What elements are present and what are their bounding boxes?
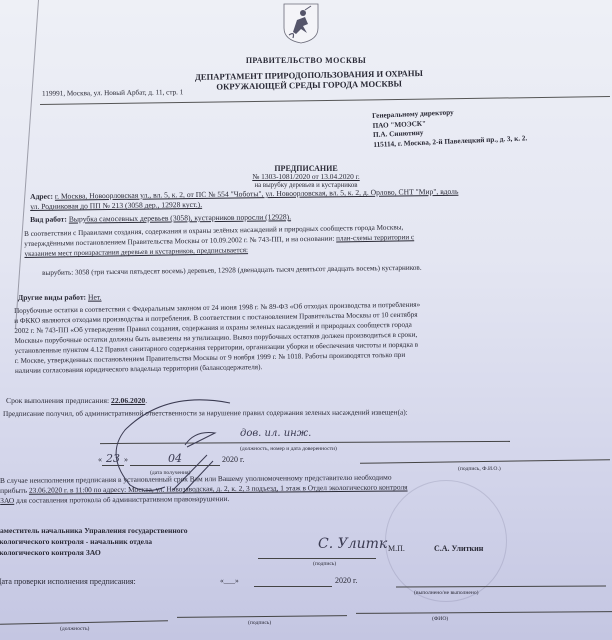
seal-mark: М.П. <box>388 544 405 553</box>
work-type-label: Вид работ: <box>30 215 67 224</box>
sender-address: 119991, Москва, ул. Новый Арбат, д. 11, … <box>42 88 183 97</box>
recipient-block: Генеральному директору ПАО "МОЭСК" П.А. … <box>372 105 527 150</box>
basis-plan-link: план-схемы территории с <box>336 233 414 242</box>
order-number-text: № 1303-1081/2020 от 13.04.2020 г. <box>252 172 359 181</box>
non-compliance-line-3: для составления протокола об администрат… <box>16 494 229 505</box>
other-works-value: Нет. <box>88 293 102 302</box>
department-name: ДЕПАРТАМЕНТ ПРИРОДОПОЛЬЗОВАНИЯ И ОХРАНЫ … <box>195 68 423 92</box>
address-line-2: ул. Родниковая до ПП № 213 (3058 дер., 1… <box>30 200 202 211</box>
handwritten-position: дов. ил. инж. <box>240 428 311 439</box>
government-name: ПРАВИТЕЛЬСТВО МОСКВЫ <box>0 56 612 65</box>
non-compliance-arrive: прибыть <box>0 486 27 495</box>
signatory-title: Заместитель начальника Управления госуда… <box>0 525 188 558</box>
verification-result-line <box>396 585 606 587</box>
basis-paragraph: В соответствии с Правилами создания, сод… <box>24 222 414 259</box>
prescription-text: вырубить: 3058 (три тысячи пятьдесят вос… <box>42 263 422 279</box>
official-signature-caption: (подпись) <box>313 561 336 567</box>
work-type-value: Вырубка самосевных деревьев (3058), куст… <box>69 212 291 223</box>
faded-seal <box>385 480 507 602</box>
official-name: С.А. Улиткин <box>434 544 483 553</box>
verification-result-caption: (выполнено/не выполнено) <box>414 590 479 596</box>
verification-signature-line <box>177 615 347 618</box>
verification-name-caption: (ФИО) <box>432 616 448 622</box>
signature-caption: (подпись, Ф.И.О.) <box>458 466 501 472</box>
verification-year: 2020 г. <box>335 576 357 585</box>
address-block: Адрес: г. Москва, Новоорловская ул., вл.… <box>30 187 459 213</box>
verification-day: «___» <box>220 576 239 585</box>
official-signature-line <box>258 558 376 559</box>
verification-signature-caption: (подпись) <box>248 620 271 626</box>
verification-label: Дата проверки исполнения предписания: <box>0 577 136 586</box>
other-works-label: Другие виды работ: <box>18 293 86 302</box>
non-compliance-paragraph: В случае неисполнения предписания в уста… <box>0 472 408 506</box>
address-label: Адрес: <box>30 192 53 201</box>
non-compliance-district: ЗАО <box>0 496 14 505</box>
verification-name-line <box>356 611 612 614</box>
other-works: Другие виды работ: Нет. <box>18 293 102 304</box>
signature-line <box>360 459 610 463</box>
residues-paragraph: Порубочные остатки в соответствии с Феде… <box>14 300 421 376</box>
work-type: Вид работ: Вырубка самосевных деревьев (… <box>30 212 291 225</box>
moscow-coat-of-arms-icon <box>281 2 321 44</box>
position-caption: (должность, номер и дата доверенности) <box>240 446 337 452</box>
verification-position-caption: (должность) <box>60 626 89 632</box>
document-page: ПРАВИТЕЛЬСТВО МОСКВЫ ДЕПАРТАМЕНТ ПРИРОДО… <box>0 0 612 640</box>
order-number: № 1303-1081/2020 от 13.04.2020 г. <box>0 172 612 181</box>
verification-month-line <box>254 586 332 587</box>
deadline-label: Срок выполнения предписания: <box>6 396 109 405</box>
verification-position-line <box>0 620 168 625</box>
signatory-title-1: Заместитель начальника Управления госуда… <box>0 525 188 536</box>
official-signature: С. Улитк <box>318 536 387 552</box>
signatory-title-2: экологического контроля - начальник отде… <box>0 536 188 547</box>
header-divider <box>40 96 610 105</box>
signatory-title-3: экологического контроля ЗАО <box>0 547 188 558</box>
